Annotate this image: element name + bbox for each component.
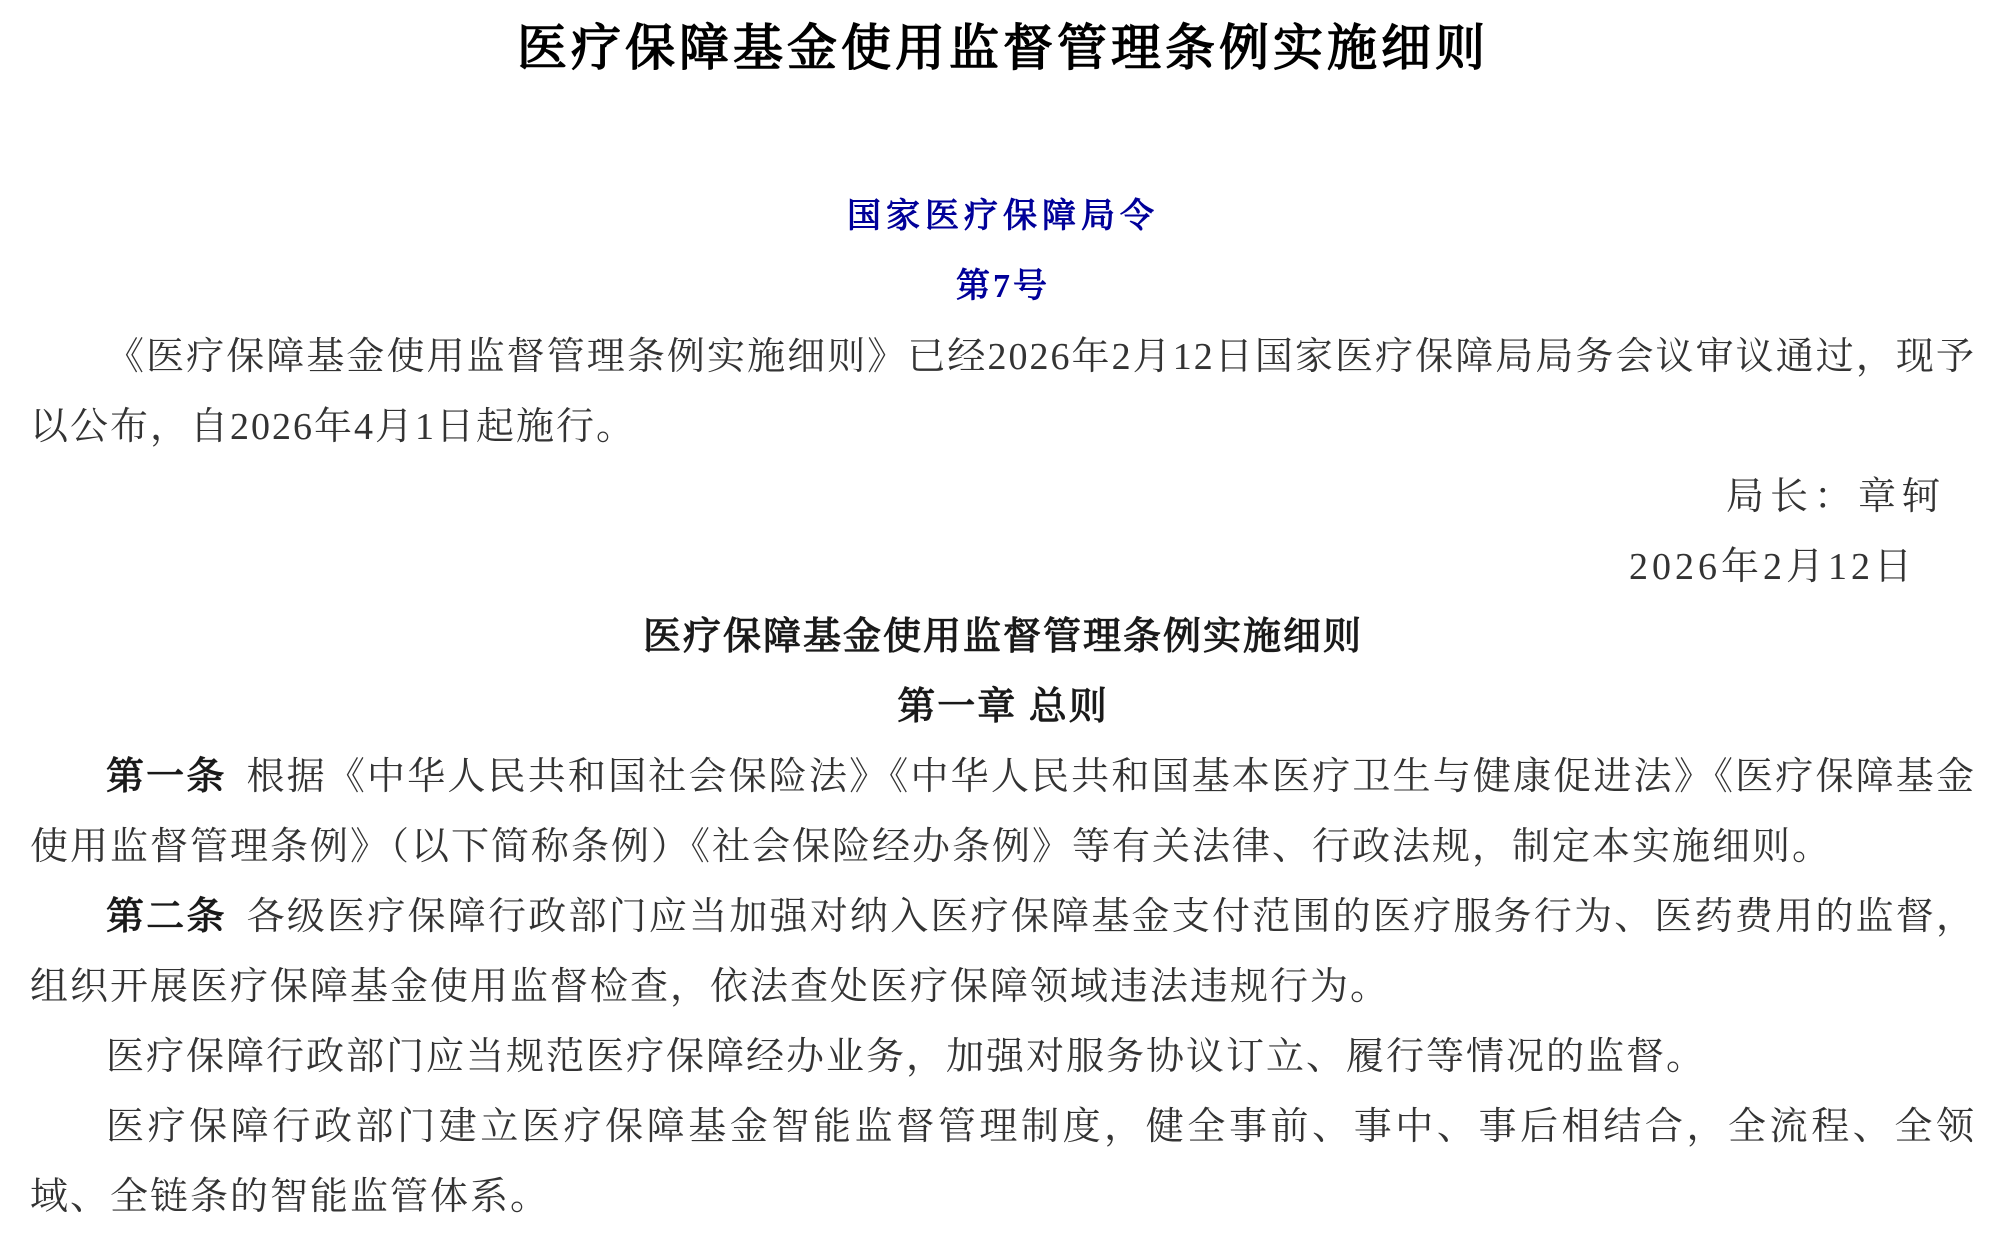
article-2-paragraph-2: 医疗保障行政部门应当规范医疗保障经办业务，加强对服务协议订立、履行等情况的监督。 (30, 1022, 1976, 1092)
document-title: 医疗保障基金使用监督管理条例实施细则 (30, 0, 1976, 82)
article-1-text: 根据《中华人民共和国社会保险法》《中华人民共和国基本医疗卫生与健康促进法》《医疗… (30, 756, 1976, 868)
regulation-document: 医疗保障基金使用监督管理条例实施细则 国家医疗保障局令 第7号 《医疗保障基金使… (0, 0, 2006, 1232)
article-paragraph-2: 第二条各级医疗保障行政部门应当加强对纳入医疗保障基金支付范围的医疗服务行为、医药… (30, 882, 1976, 1022)
date-line: 2026年2月12日 (30, 532, 1916, 602)
decree-number-heading: 第7号 (30, 252, 1976, 322)
announcement-paragraph: 《医疗保障基金使用监督管理条例实施细则》已经2026年2月12日国家医疗保障局局… (30, 322, 1976, 462)
chapter-heading: 第一章 总则 (30, 672, 1976, 742)
article-paragraph-1: 第一条根据《中华人民共和国社会保险法》《中华人民共和国基本医疗卫生与健康促进法》… (30, 742, 1976, 882)
article-2-paragraph-3: 医疗保障行政部门建立医疗保障基金智能监督管理制度，健全事前、事中、事后相结合，全… (30, 1092, 1976, 1232)
decree-issuer-heading: 国家医疗保障局令 (30, 182, 1976, 252)
article-2-text: 各级医疗保障行政部门应当加强对纳入医疗保障基金支付范围的医疗服务行为、医药费用的… (30, 896, 1976, 1008)
article-2-label: 第二条 (106, 896, 227, 938)
article-1-label: 第一条 (106, 756, 227, 798)
signature-line: 局长：章轲 (30, 462, 1946, 532)
document-subtitle: 医疗保障基金使用监督管理条例实施细则 (30, 602, 1976, 672)
